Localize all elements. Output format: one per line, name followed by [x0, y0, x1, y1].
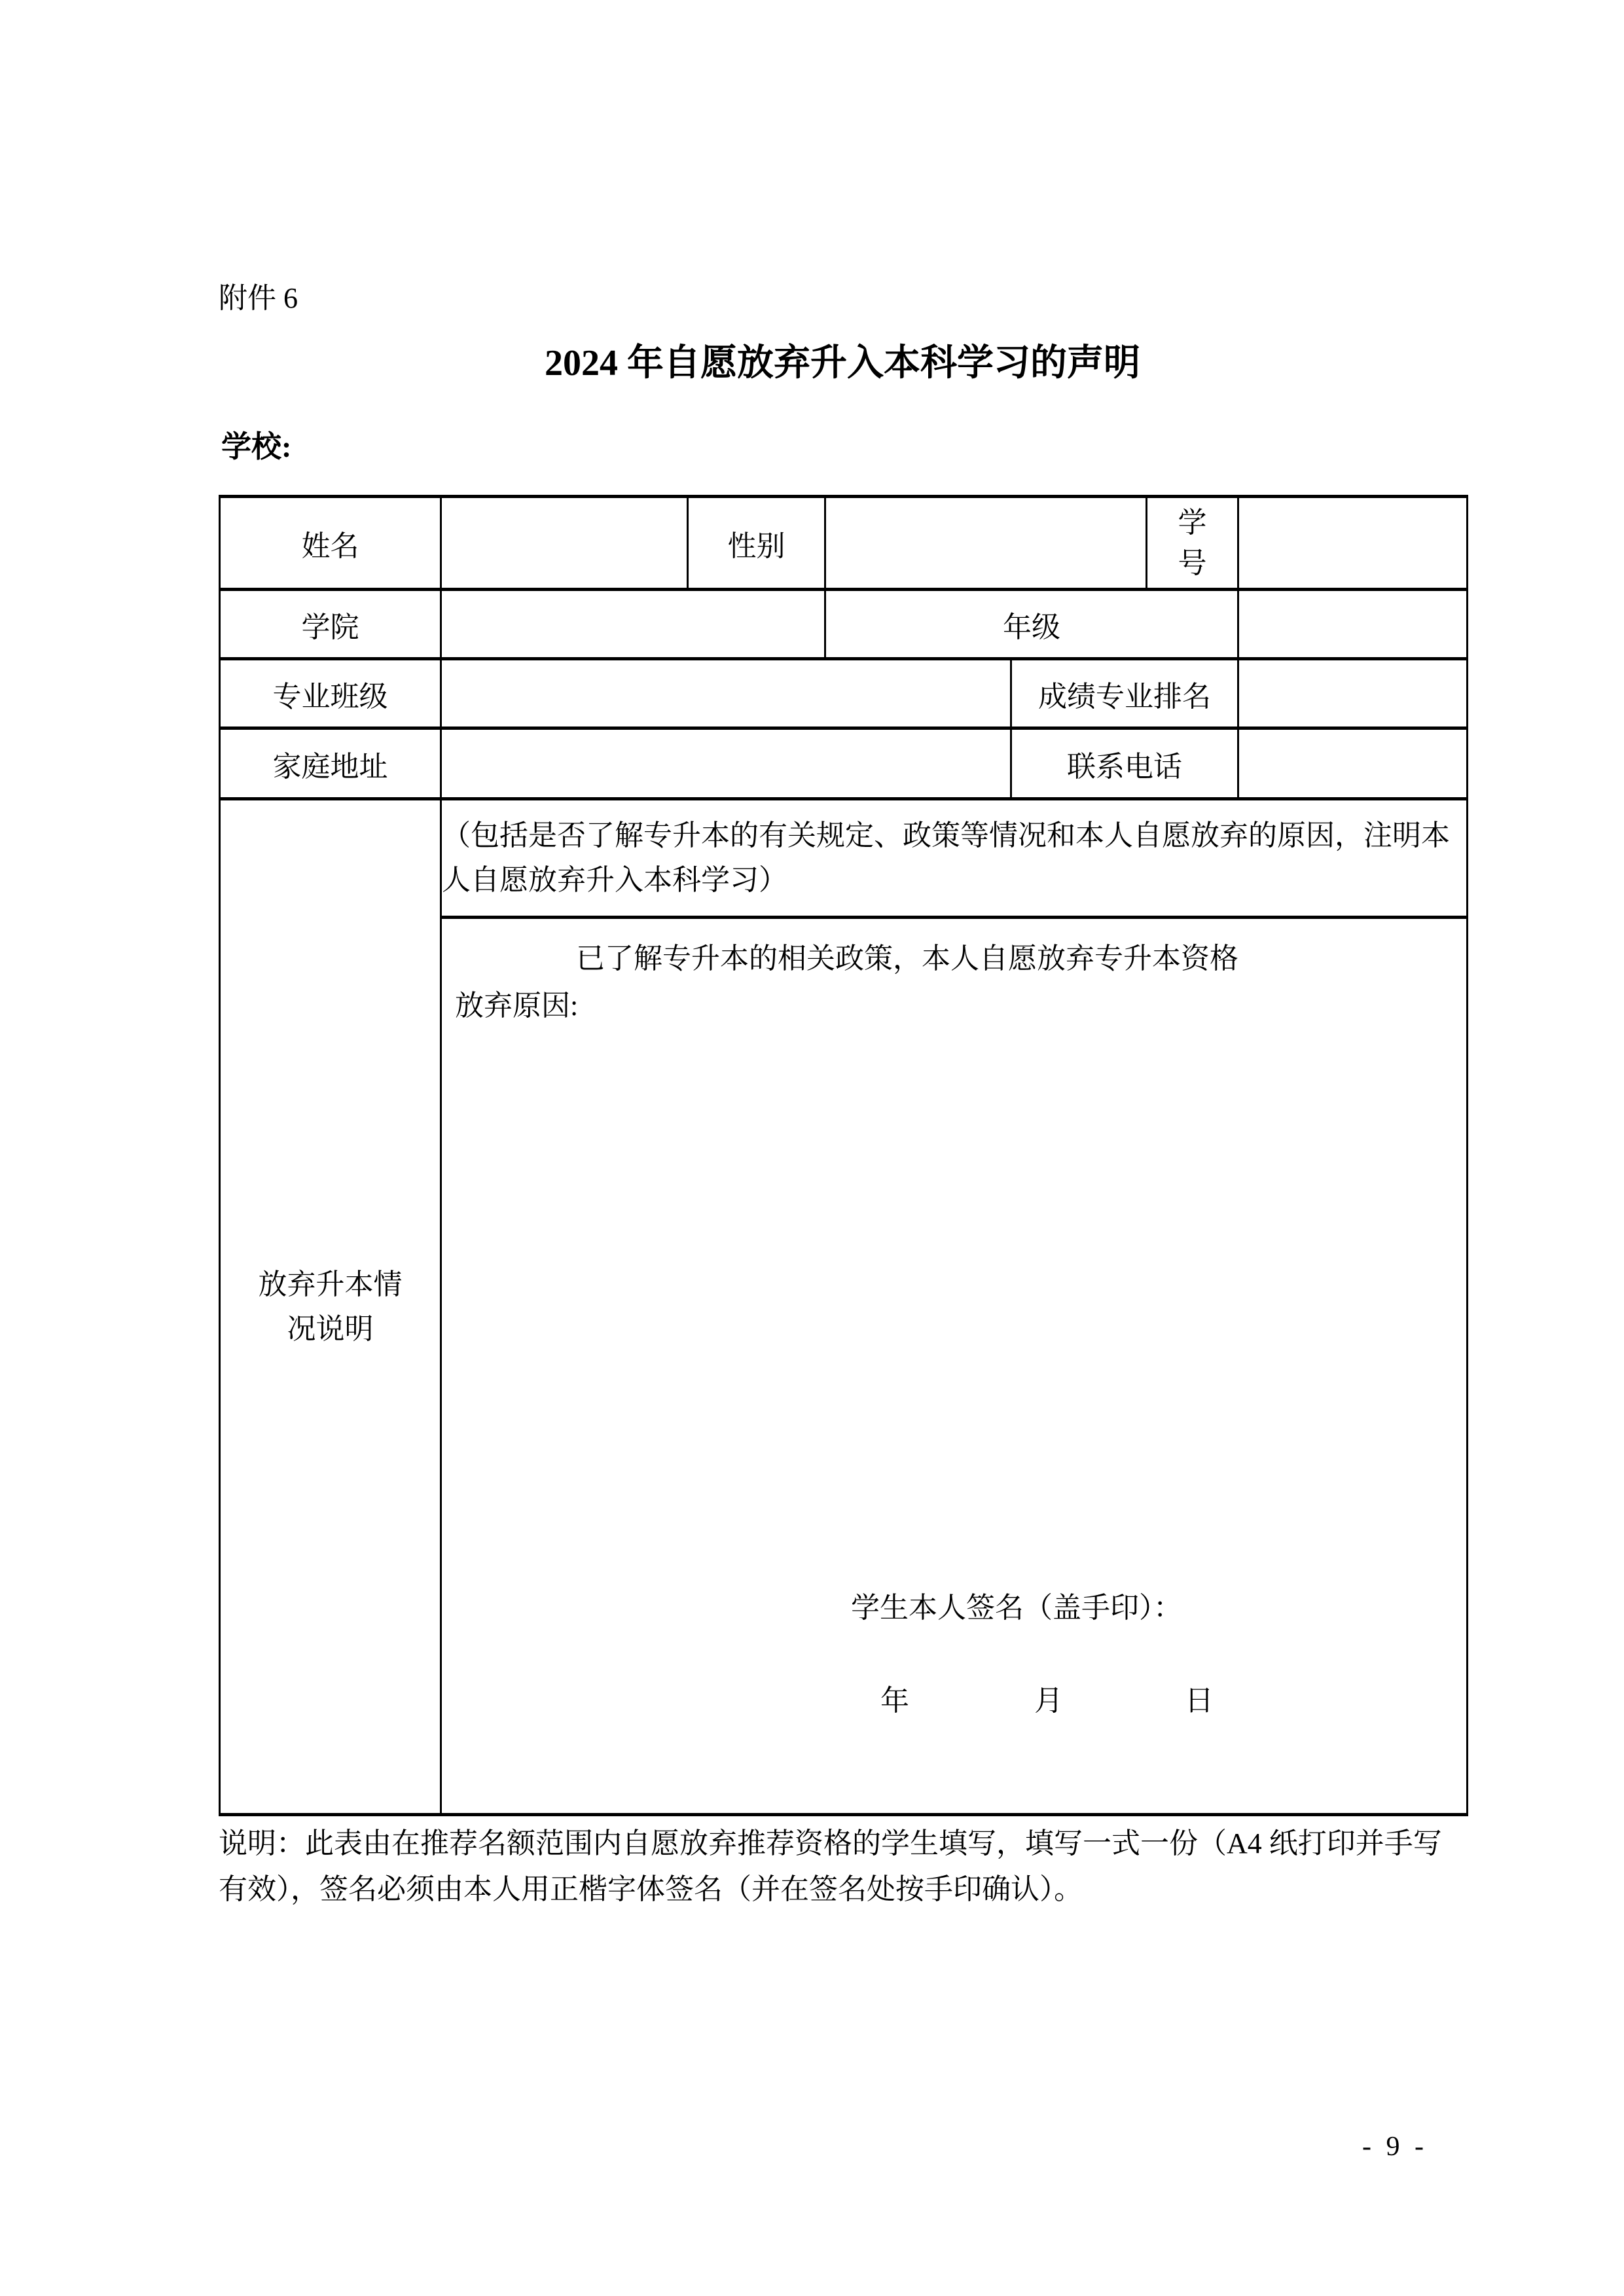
declaration-form-table: 姓名 性别 学号 学院 年级 专业班级 成绩专业排名 家庭地址 联系电话 放弃升… [219, 495, 1468, 1816]
reason-label: 放弃原因: [455, 986, 578, 1026]
waiver-statement: 已了解专升本的相关政策，本人自愿放弃专升本资格 [442, 939, 1453, 979]
student-id-label: 学号 [1147, 497, 1238, 590]
date-line: 年 月 日 [442, 1677, 1466, 1717]
school-label: 学校: [221, 429, 291, 465]
signature-label: 学生本人签名（盖手印）： [851, 1588, 1182, 1628]
gender-value-cell [825, 497, 1147, 590]
student-id-label-text: 学号 [1178, 503, 1208, 584]
day-label: 日 [1185, 1677, 1214, 1719]
gender-label: 性别 [688, 497, 825, 590]
major-class-label: 专业班级 [220, 659, 441, 728]
student-id-value-cell [1238, 497, 1468, 590]
attachment-label: 附件 6 [219, 281, 298, 315]
situation-label: 放弃升本情况说明 [220, 799, 441, 1815]
year-label: 年 [880, 1677, 909, 1719]
month-label: 月 [1034, 1677, 1063, 1719]
document-page: 附件 6 2024 年自愿放弃升入本科学习的声明 学校: 姓名 性别 学号 学院… [0, 0, 1624, 2296]
table-row: 学院 年级 [220, 590, 1468, 659]
rank-label: 成绩专业排名 [1011, 659, 1238, 728]
grade-value-cell [1238, 590, 1468, 659]
address-value-cell [441, 728, 1011, 799]
college-value-cell [441, 590, 825, 659]
page-number: - 9 - [1362, 2131, 1428, 2162]
grade-label: 年级 [825, 590, 1238, 659]
major-class-value-cell [441, 659, 1011, 728]
situation-instruction: （包括是否了解专升本的有关规定、政策等情况和本人自愿放弃的原因，注明本人自愿放弃… [441, 799, 1468, 918]
table-row: 家庭地址 联系电话 [220, 728, 1468, 799]
page-title: 2024 年自愿放弃升入本科学习的声明 [219, 342, 1466, 385]
phone-value-cell [1238, 728, 1468, 799]
footnote: 说明：此表由在推荐名额范围内自愿放弃推荐资格的学生填写，填写一式一份（A4 纸打… [219, 1821, 1470, 1912]
name-value-cell [441, 497, 688, 590]
address-label: 家庭地址 [220, 728, 441, 799]
college-label: 学院 [220, 590, 441, 659]
situation-label-text: 放弃升本情况说明 [252, 1263, 409, 1352]
phone-label: 联系电话 [1011, 728, 1238, 799]
table-row: 放弃升本情况说明 （包括是否了解专升本的有关规定、政策等情况和本人自愿放弃的原因… [220, 799, 1468, 918]
rank-value-cell [1238, 659, 1468, 728]
situation-statement-cell: 已了解专升本的相关政策，本人自愿放弃专升本资格 放弃原因: 学生本人签名（盖手印… [441, 918, 1468, 1815]
table-row: 姓名 性别 学号 [220, 497, 1468, 590]
name-label: 姓名 [220, 497, 441, 590]
table-row: 专业班级 成绩专业排名 [220, 659, 1468, 728]
